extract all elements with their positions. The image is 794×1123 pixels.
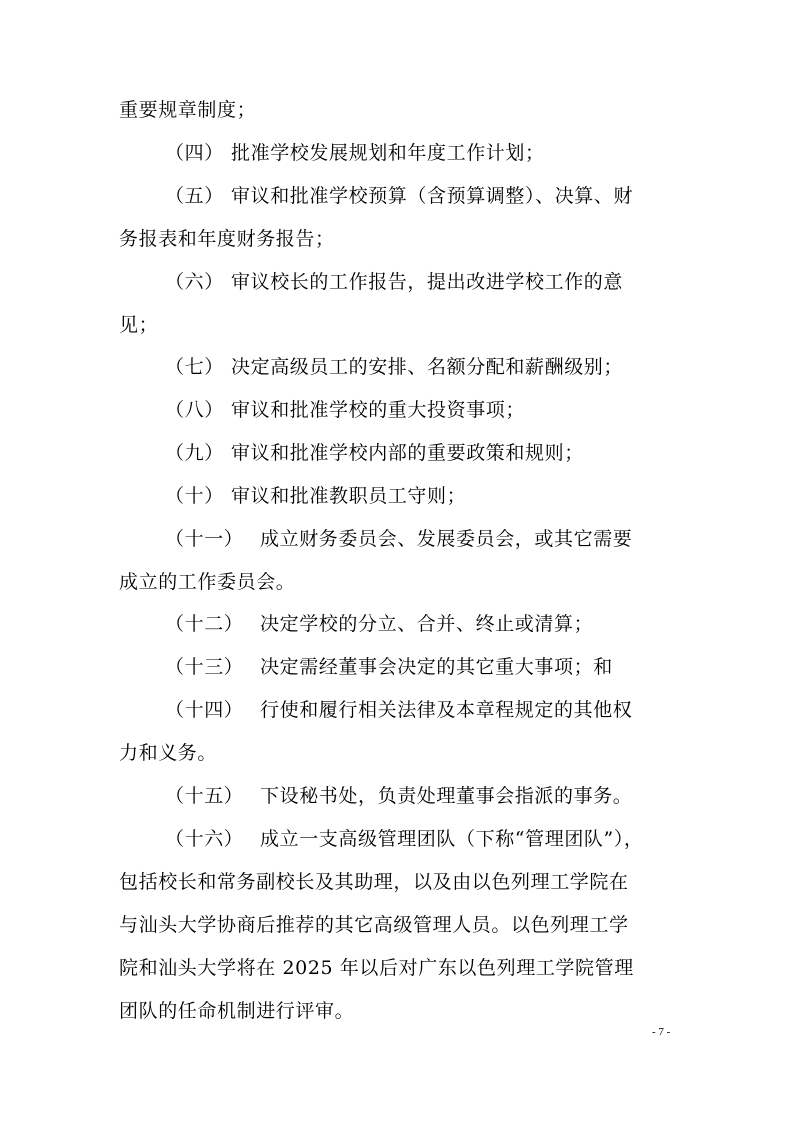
item-text: 审议和批准教职员工守则； bbox=[231, 485, 466, 507]
list-item-5: （五）审议和批准学校预算（含预算调整）、决算、财 bbox=[165, 184, 725, 208]
item-number: （七） bbox=[165, 355, 231, 379]
text-line: 重要规章制度； bbox=[119, 98, 679, 122]
text-line: 务报表和年度财务报告； bbox=[119, 227, 679, 251]
list-item-12: （十二）决定学校的分立、合并、终止或清算； bbox=[165, 612, 725, 636]
line-text: 见； bbox=[119, 314, 158, 336]
list-item-8: （八）审议和批准学校的重大投资事项； bbox=[165, 398, 725, 422]
item-number: （十） bbox=[165, 484, 231, 508]
line-text: 与汕头大学协商后推荐的其它高级管理人员。以色列理工学 bbox=[119, 914, 629, 936]
line-text: 重要规章制度； bbox=[119, 99, 256, 121]
item-number: （四） bbox=[165, 141, 231, 165]
list-item-14: （十四）行使和履行相关法律及本章程规定的其他权 bbox=[165, 698, 725, 722]
item-number: （十三） bbox=[165, 655, 260, 679]
line-text: 力和义务。 bbox=[119, 742, 217, 764]
item-text: 审议校长的工作报告，提出改进学校工作的意 bbox=[231, 271, 623, 293]
item-text: 决定高级员工的安排、名额分配和薪酬级别； bbox=[231, 356, 623, 378]
text-line: 与汕头大学协商后推荐的其它高级管理人员。以色列理工学 bbox=[119, 913, 679, 937]
item-number: （十六） bbox=[165, 827, 260, 851]
item-number: （十二） bbox=[165, 612, 260, 636]
list-item-15: （十五）下设秘书处，负责处理董事会指派的事务。 bbox=[165, 784, 725, 808]
item-number: （五） bbox=[165, 184, 231, 208]
item-text: 审议和批准学校的重大投资事项； bbox=[231, 399, 525, 421]
list-item-7: （七）决定高级员工的安排、名额分配和薪酬级别； bbox=[165, 355, 725, 379]
text-line: 见； bbox=[119, 313, 679, 337]
list-item-13: （十三）决定需经董事会决定的其它重大事项；和 bbox=[165, 655, 725, 679]
line-text: 院和汕头大学将在 2025 年以后对广东以色列理工学院管理 bbox=[119, 957, 634, 979]
line-text: 务报表和年度财务报告； bbox=[119, 228, 335, 250]
list-item-11: （十一）成立财务委员会、发展委员会，或其它需要 bbox=[165, 527, 725, 551]
list-item-9: （九）审议和批准学校内部的重要政策和规则； bbox=[165, 441, 725, 465]
item-number: （十四） bbox=[165, 698, 260, 722]
line-text: 包括校长和常务副校长及其助理，以及由以色列理工学院在 bbox=[119, 871, 629, 893]
item-number: （十五） bbox=[165, 784, 260, 808]
item-number: （九） bbox=[165, 441, 231, 465]
text-line: 成立的工作委员会。 bbox=[119, 570, 679, 594]
list-item-4: （四）批准学校发展规划和年度工作计划； bbox=[165, 141, 725, 165]
item-number: （十一） bbox=[165, 527, 260, 551]
item-text: 下设秘书处，负责处理董事会指派的事务。 bbox=[260, 785, 632, 807]
list-item-16: （十六）成立一支高级管理团队（下称“管理团队”）， bbox=[165, 827, 725, 851]
item-text: 批准学校发展规划和年度工作计划； bbox=[231, 142, 545, 164]
list-item-10: （十）审议和批准教职员工守则； bbox=[165, 484, 725, 508]
line-text: 团队的任命机制进行评审。 bbox=[119, 1000, 354, 1022]
item-text: 成立财务委员会、发展委员会，或其它需要 bbox=[260, 528, 632, 550]
text-line: 力和义务。 bbox=[119, 741, 679, 765]
list-item-6: （六）审议校长的工作报告，提出改进学校工作的意 bbox=[165, 270, 725, 294]
item-text: 决定需经董事会决定的其它重大事项；和 bbox=[260, 656, 613, 678]
item-number: （六） bbox=[165, 270, 231, 294]
text-line: 包括校长和常务副校长及其助理，以及由以色列理工学院在 bbox=[119, 870, 679, 894]
text-line: 团队的任命机制进行评审。 bbox=[119, 999, 679, 1023]
page-number: - 7 - bbox=[652, 1026, 670, 1038]
text-line: 院和汕头大学将在 2025 年以后对广东以色列理工学院管理 bbox=[119, 956, 679, 980]
item-text: 审议和批准学校内部的重要政策和规则； bbox=[231, 442, 584, 464]
item-text: 成立一支高级管理团队（下称“管理团队”）， bbox=[260, 828, 644, 850]
line-text: 成立的工作委员会。 bbox=[119, 571, 295, 593]
document-page: 重要规章制度； （四）批准学校发展规划和年度工作计划； （五）审议和批准学校预算… bbox=[0, 0, 794, 1123]
item-text: 审议和批准学校预算（含预算调整）、决算、财 bbox=[231, 185, 633, 207]
item-text: 行使和履行相关法律及本章程规定的其他权 bbox=[260, 699, 632, 721]
item-number: （八） bbox=[165, 398, 231, 422]
item-text: 决定学校的分立、合并、终止或清算； bbox=[260, 613, 593, 635]
